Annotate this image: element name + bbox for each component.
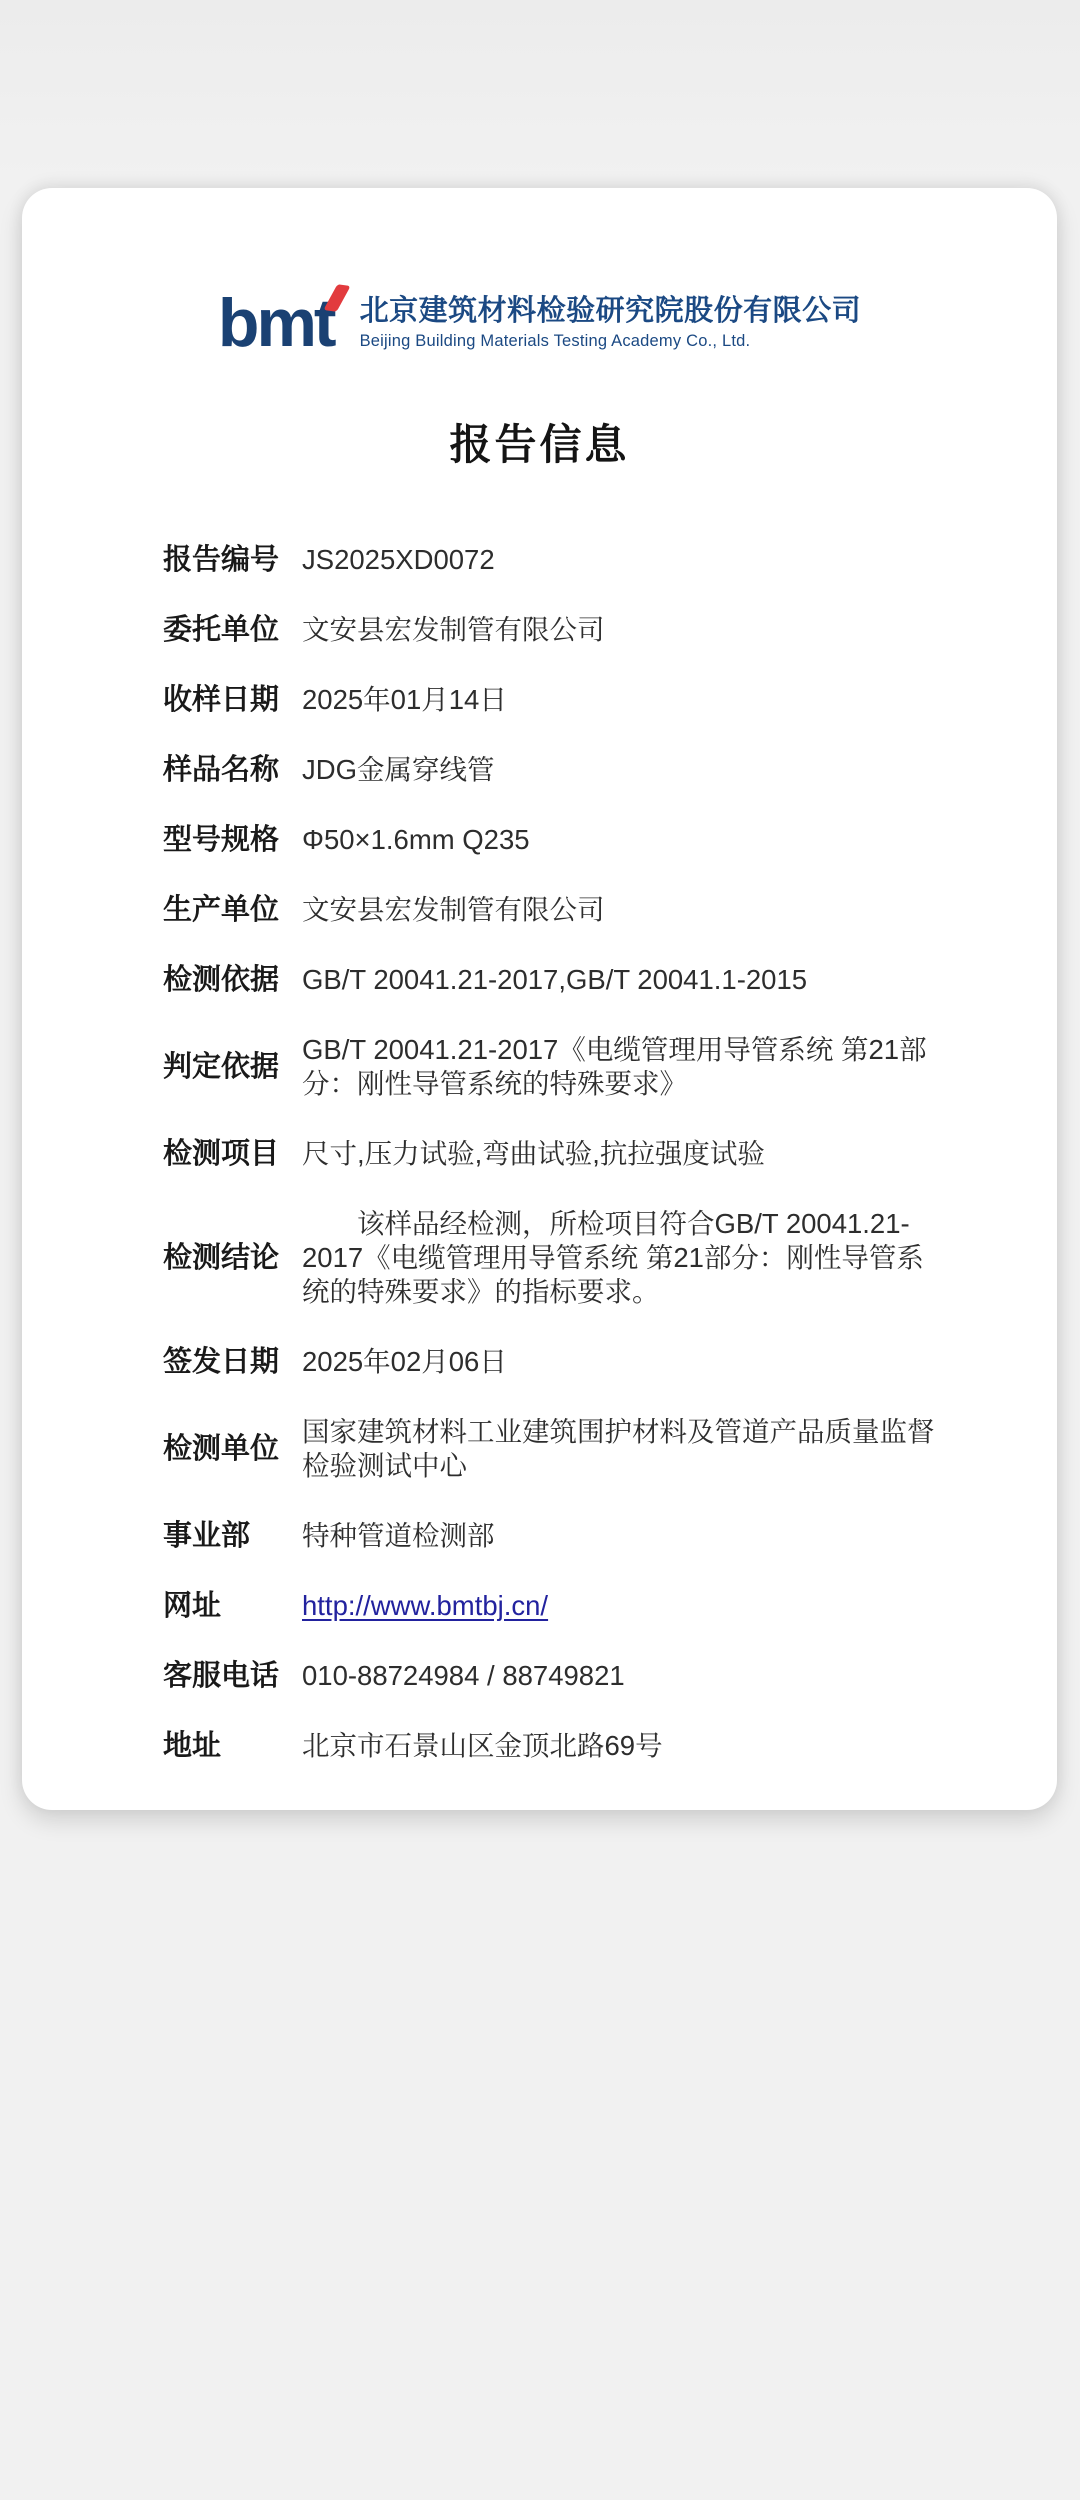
row-value: 特种管道检测部	[302, 1519, 935, 1553]
row-value: 尺寸,压力试验,弯曲试验,抗拉强度试验	[302, 1137, 935, 1171]
row-sample-name: 样品名称 JDG金属穿线管	[163, 753, 935, 787]
row-label: 型号规格	[163, 823, 302, 857]
row-value: 2025年02月06日	[302, 1345, 935, 1379]
row-website: 网址 http://www.bmtbj.cn/	[163, 1589, 935, 1623]
row-value: 国家建筑材料工业建筑围护材料及管道产品质量监督检验测试中心	[302, 1415, 935, 1483]
page-background: bmt 北京建筑材料检验研究院股份有限公司 Beijing Building M…	[0, 0, 1080, 2500]
row-label: 样品名称	[163, 753, 302, 787]
page-title: 报告信息	[22, 421, 1057, 469]
company-names: 北京建筑材料检验研究院股份有限公司 Beijing Building Mater…	[360, 294, 862, 351]
row-sample-received-date: 收样日期 2025年01月14日	[163, 683, 935, 717]
row-label: 报告编号	[163, 543, 302, 577]
row-client-company: 委托单位 文安县宏发制管有限公司	[163, 613, 935, 647]
row-label: 检测项目	[163, 1137, 302, 1171]
row-label: 判定依据	[163, 1050, 302, 1084]
row-value: GB/T 20041.21-2017,GB/T 20041.1-2015	[302, 963, 935, 997]
row-report-number: 报告编号 JS2025XD0072	[163, 543, 935, 577]
row-value: JS2025XD0072	[302, 543, 935, 577]
row-label: 检测结论	[163, 1241, 302, 1275]
row-label: 检测单位	[163, 1432, 302, 1466]
report-info-list: 报告编号 JS2025XD0072 委托单位 文安县宏发制管有限公司 收样日期 …	[22, 543, 1057, 1763]
row-service-phone: 客服电话 010-88724984 / 88749821	[163, 1659, 935, 1693]
row-label: 签发日期	[163, 1345, 302, 1379]
report-card: bmt 北京建筑材料检验研究院股份有限公司 Beijing Building M…	[22, 188, 1057, 1810]
company-name-en: Beijing Building Materials Testing Acade…	[360, 331, 862, 351]
row-label: 客服电话	[163, 1659, 302, 1693]
row-testing-basis: 检测依据 GB/T 20041.21-2017,GB/T 20041.1-201…	[163, 963, 935, 997]
row-value: 文安县宏发制管有限公司	[302, 893, 935, 927]
row-business-division: 事业部 特种管道检测部	[163, 1519, 935, 1553]
row-value: 该样品经检测，所检项目符合GB/T 20041.21-2017《电缆管理用导管系…	[302, 1207, 935, 1309]
row-manufacturer: 生产单位 文安县宏发制管有限公司	[163, 893, 935, 927]
row-label: 地址	[163, 1729, 302, 1763]
row-label: 委托单位	[163, 613, 302, 647]
row-judgment-basis: 判定依据 GB/T 20041.21-2017《电缆管理用导管系统 第21部分：…	[163, 1033, 935, 1101]
company-name-zh: 北京建筑材料检验研究院股份有限公司	[360, 294, 862, 328]
row-label: 网址	[163, 1589, 302, 1623]
row-value: 010-88724984 / 88749821	[302, 1659, 935, 1693]
row-model-spec: 型号规格 Φ50×1.6mm Q235	[163, 823, 935, 857]
row-value: 北京市石景山区金顶北路69号	[302, 1729, 935, 1763]
row-value: 2025年01月14日	[302, 683, 935, 717]
row-label: 事业部	[163, 1519, 302, 1553]
company-logo: bmt 北京建筑材料检验研究院股份有限公司 Beijing Building M…	[22, 294, 1057, 351]
row-issue-date: 签发日期 2025年02月06日	[163, 1345, 935, 1379]
row-address: 地址 北京市石景山区金顶北路69号	[163, 1729, 935, 1763]
row-value: Φ50×1.6mm Q235	[302, 823, 935, 857]
row-value: JDG金属穿线管	[302, 753, 935, 787]
row-value: GB/T 20041.21-2017《电缆管理用导管系统 第21部分：刚性导管系…	[302, 1033, 935, 1101]
row-testing-organization: 检测单位 国家建筑材料工业建筑围护材料及管道产品质量监督检验测试中心	[163, 1415, 935, 1483]
row-label: 检测依据	[163, 963, 302, 997]
row-value: 文安县宏发制管有限公司	[302, 613, 935, 647]
website-link[interactable]: http://www.bmtbj.cn/	[302, 1590, 548, 1621]
row-label: 收样日期	[163, 683, 302, 717]
bmt-logo-icon: bmt	[218, 295, 342, 351]
row-test-items: 检测项目 尺寸,压力试验,弯曲试验,抗拉强度试验	[163, 1137, 935, 1171]
row-test-conclusion: 检测结论 该样品经检测，所检项目符合GB/T 20041.21-2017《电缆管…	[163, 1207, 935, 1309]
bmt-logo-text: bmt	[218, 285, 334, 361]
row-label: 生产单位	[163, 893, 302, 927]
